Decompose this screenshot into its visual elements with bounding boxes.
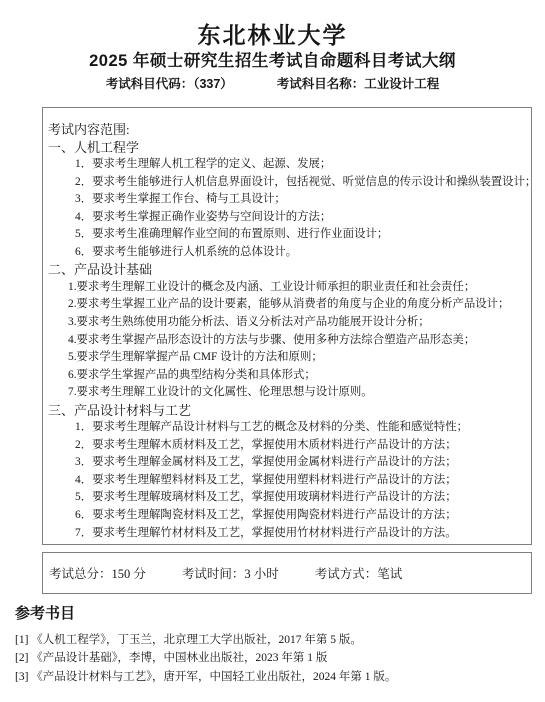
requirement-item: 7．要求考生理解竹材材料及工艺，掌握使用竹材材料进行产品设计的方法。: [48, 525, 527, 543]
references-list: [1] 《人机工程学》，丁玉兰，北京理工大学出版社，2017 年第 5 版。[2…: [15, 631, 545, 686]
total-score: 考试总分：150 分: [49, 564, 146, 582]
subject-code-line: 考试科目代码：（337）考试科目名称：工业设计工程: [0, 76, 545, 92]
section-items: 1．要求考生理解产品设计材料与工艺的概念及材料的分类、性能和感觉特性；2．要求考…: [48, 419, 527, 542]
section-items: 1．要求考生理解人机工程学的定义、起源、发展；2．要求考生能够进行人机信息界面设…: [48, 156, 527, 261]
university-name: 东北林业大学: [0, 22, 545, 48]
requirement-item: 6．要求考生能够进行人机系统的总体设计。: [48, 244, 527, 262]
requirement-item: 4．要求考生理解塑料材料及工艺，掌握使用塑料材料进行产品设计的方法；: [48, 472, 527, 490]
exam-info-box: 考试总分：150 分 考试时间：3 小时 考试方式：笔试: [42, 552, 532, 594]
scope-heading: 考试内容范围:: [48, 121, 527, 139]
document-header: 东北林业大学 2025 年硕士研究生招生考试自命题科目考试大纲 考试科目代码：（…: [0, 0, 545, 92]
requirement-item: 2．要求考生能够进行人机信息界面设计，包括视觉、听觉信息的传示设计和操纵装置设计…: [48, 174, 527, 192]
section-ergonomics: 一、人机工程学 1．要求考生理解人机工程学的定义、起源、发展；2．要求考生能够进…: [48, 139, 527, 262]
reference-item: [1] 《人机工程学》，丁玉兰，北京理工大学出版社，2017 年第 5 版。: [15, 631, 545, 649]
requirement-item: 3．要求考生理解金属材料及工艺，掌握使用金属材料进行产品设计的方法；: [48, 454, 527, 472]
subject-name: 考试科目名称：工业设计工程: [277, 77, 440, 91]
document-title: 2025 年硕士研究生招生考试自命题科目考试大纲: [0, 51, 545, 72]
requirement-item: 5.要求学生理解掌握产品 CMF 设计的方法和原则；: [48, 349, 527, 367]
references-section: 参考书目 [1] 《人机工程学》，丁玉兰，北京理工大学出版社，2017 年第 5…: [15, 605, 545, 686]
requirement-item: 5．要求考生准确理解作业空间的布置原则、进行作业面设计；: [48, 226, 527, 244]
requirement-item: 6.要求学生掌握产品的典型结构分类和具体形式；: [48, 367, 527, 385]
requirement-item: 6．要求考生理解陶瓷材料及工艺，掌握使用陶瓷材料进行产品设计的方法；: [48, 507, 527, 525]
exam-duration: 考试时间：3 小时: [182, 564, 279, 582]
requirement-item: 4．要求考生掌握正确作业姿势与空间设计的方法；: [48, 209, 527, 227]
exam-method: 考试方式：笔试: [315, 564, 403, 582]
requirement-item: 5．要求考生理解玻璃材料及工艺，掌握使用玻璃材料进行产品设计的方法；: [48, 489, 527, 507]
reference-item: [2] 《产品设计基础》，李博，中国林业出版社，2023 年第 1 版: [15, 649, 545, 667]
requirement-item: 3．要求考生掌握工作台、椅与工具设计；: [48, 191, 527, 209]
requirement-item: 7.要求考生理解工业设计的文化属性、伦理思想与设计原则。: [48, 384, 527, 402]
requirement-item: 4.要求考生掌握产品形态设计的方法与步骤、使用多种方法综合塑造产品形态美；: [48, 332, 527, 350]
references-heading: 参考书目: [15, 605, 545, 623]
requirement-item: 2.要求考生掌握工业产品的设计要素，能够从消费者的角度与企业的角度分析产品设计；: [48, 296, 527, 314]
requirement-item: 1.要求考生理解工业设计的概念及内涵、工业设计师承担的职业责任和社会责任；: [48, 279, 527, 297]
section-title: 三、产品设计材料与工艺: [48, 402, 527, 420]
section-title: 一、人机工程学: [48, 139, 527, 157]
requirement-item: 1．要求考生理解人机工程学的定义、起源、发展；: [48, 156, 527, 174]
requirement-item: 3.要求考生熟练使用功能分析法、语义分析法对产品功能展开设计分析；: [48, 314, 527, 332]
subject-code: 考试科目代码：（337）: [106, 77, 233, 91]
section-items: 1.要求考生理解工业设计的概念及内涵、工业设计师承担的职业责任和社会责任；2.要…: [48, 279, 527, 402]
section-product-design-basics: 二、产品设计基础 1.要求考生理解工业设计的概念及内涵、工业设计师承担的职业责任…: [48, 261, 527, 401]
requirement-item: 2．要求考生理解木质材料及工艺，掌握使用木质材料进行产品设计的方法；: [48, 437, 527, 455]
requirement-item: 1．要求考生理解产品设计材料与工艺的概念及材料的分类、性能和感觉特性；: [48, 419, 527, 437]
exam-scope-box: 考试内容范围: 一、人机工程学 1．要求考生理解人机工程学的定义、起源、发展；2…: [42, 107, 532, 545]
reference-item: [3] 《产品设计材料与工艺》，唐开军，中国轻工业出版社，2024 年第 1 版…: [15, 668, 545, 686]
section-title: 二、产品设计基础: [48, 261, 527, 279]
section-materials-and-craft: 三、产品设计材料与工艺 1．要求考生理解产品设计材料与工艺的概念及材料的分类、性…: [48, 402, 527, 542]
